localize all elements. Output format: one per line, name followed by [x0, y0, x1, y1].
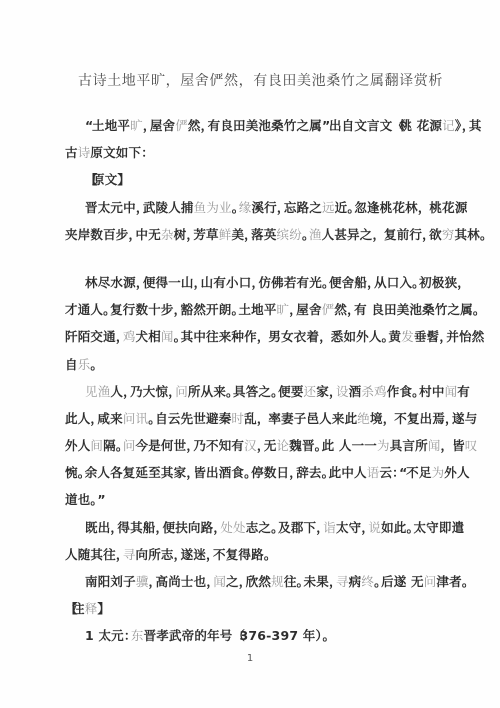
punctuation: 。 [116, 432, 123, 459]
text-segment: 问 [175, 384, 188, 399]
text-line: 此人，咸来问讯。自云先世避秦时乱， 率妻子邑人来此绝境， 不复出焉，遂与 [65, 405, 462, 432]
punctuation: ， [116, 541, 123, 568]
text-segment: 见渔 [85, 384, 110, 399]
punctuation: ， [289, 459, 296, 486]
punctuation: ， [174, 541, 181, 568]
punctuation: ， [418, 194, 425, 221]
text-segment: 阡陌交通， [65, 329, 123, 344]
text-segment: 溪行，忘路之 [251, 200, 322, 215]
text-segment: 间 [90, 438, 103, 453]
punctuation: ： [392, 459, 399, 486]
text-segment: 其林。 [455, 227, 487, 242]
text-line: 见渔人，乃大惊，问所从来。具答之。便要还家，设酒杀鸡作食。村中闻有 [65, 378, 462, 405]
punctuation: 。 [231, 296, 238, 323]
text-segment: 志之。及郡下， [246, 520, 324, 535]
text-segment: 闻 [213, 574, 226, 589]
text-segment: 自 [65, 357, 78, 372]
punctuation: 。 [297, 568, 304, 595]
text-segment: 家， [316, 384, 336, 399]
text-segment: 问 [424, 574, 437, 589]
punctuation: 。 [480, 221, 487, 248]
punctuation: ： [124, 622, 131, 649]
text-segment: 惋。余人各复延至其家，皆出酒食。停数日，辞去。此中人 [65, 465, 367, 480]
punctuation: ， [239, 568, 246, 595]
punctuation: 。 [322, 459, 329, 486]
text-segment: 叹 [465, 438, 478, 453]
text-segment: 时 [231, 411, 244, 426]
punctuation: 。 [226, 378, 233, 405]
text-line: 既出，得其船，便扶向路，处处志之。及郡下，诣太守，说如此。太守即遣 [65, 514, 462, 541]
text-line: 南阳刘子骥，高尚士也，闻之，欣然规往。未果，寻病终。后遂 无问津者。 [65, 568, 462, 595]
text-segment: 语 [367, 465, 380, 480]
text-segment: 乐 [78, 357, 91, 372]
text-segment: 往。未果， [284, 574, 336, 589]
text-segment: 既出，得其船，便扶向路， [85, 520, 220, 535]
text-segment: 南阳刘子 [85, 574, 136, 589]
punctuation: 【 [65, 595, 72, 622]
text-segment: 津者。 [436, 574, 468, 589]
text-line: “土地平旷，屋舍俨然，有良田美池桑竹之属”出自文言文《桃 花源记》，其 [65, 112, 462, 139]
punctuation: 。 [174, 323, 181, 350]
text-segment: 人随其往， [65, 547, 123, 562]
punctuation: ， [110, 514, 117, 541]
text-line: 人随其往，寻向所志，遂迷，不复得路。 [65, 541, 462, 568]
punctuation: ， [257, 323, 264, 350]
text-line: 道也。” [65, 486, 462, 513]
text-segment: 。 [302, 227, 309, 242]
text-segment: 寻 [123, 547, 136, 562]
text-segment: 云：“不足 [379, 465, 431, 480]
punctuation: ， [277, 194, 284, 221]
punctuation: ， [186, 221, 193, 248]
punctuation: ， [329, 378, 336, 405]
text-segment: 酒 [349, 384, 362, 399]
text-segment: 病 [349, 574, 362, 589]
text-segment: 然，有 良田美池桑竹之属。 [334, 302, 480, 317]
text-segment: 【原文】 [85, 172, 124, 187]
text-segment: 有 [457, 384, 470, 399]
text-segment: 》，其 [455, 118, 482, 133]
text-segment: 为 [432, 465, 445, 480]
punctuation: 。 [347, 194, 354, 221]
text-segment: 外人 [444, 465, 469, 480]
punctuation: ， [186, 432, 193, 459]
text-segment: 。 [232, 200, 239, 215]
text-segment: ，无 [257, 438, 277, 453]
punctuation: ， [174, 296, 181, 323]
text-segment: 规 [271, 574, 284, 589]
punctuation: ， [457, 269, 464, 296]
text-segment: “土地平 [85, 118, 130, 133]
text-segment: 之，欣然 [226, 574, 271, 589]
text-segment: 缘 [239, 200, 252, 215]
text-segment: 树，芳草 [174, 227, 219, 242]
punctuation: 。 [90, 486, 97, 513]
text-segment: 说 [368, 520, 381, 535]
punctuation: ， [422, 221, 429, 248]
punctuation: 》 [455, 112, 462, 139]
text-segment: 终 [361, 574, 374, 589]
text-segment: 俨 [322, 302, 335, 317]
text-segment: 夹岸数百步，中无 [65, 227, 161, 242]
text-segment: 处处 [220, 520, 245, 535]
punctuation: ， [206, 541, 213, 568]
punctuation: 】 [117, 166, 124, 193]
punctuation: ， [445, 405, 452, 432]
text-line: 古诗原文如下： [65, 139, 462, 166]
punctuation: 】 [97, 595, 104, 622]
punctuation: 。 [315, 432, 322, 459]
punctuation: ， [372, 221, 379, 248]
text-line: 外人间隔。问今是何世，乃不知有汉，无论魏晋。此 人一一为具言所闻， 皆叹 [65, 432, 462, 459]
document-body: “土地平旷，屋舍俨然，有良田美池桑竹之属”出自文言文《桃 花源记》，其古诗原文如… [65, 112, 462, 650]
text-segment: 美，落英 [231, 227, 276, 242]
text-segment: 鱼为业 [194, 200, 232, 215]
text-segment: ，屋舍 [289, 302, 321, 317]
text-segment: 作食。村中 [387, 384, 445, 399]
punctuation: 。 [264, 541, 271, 568]
punctuation: ， [462, 112, 469, 139]
punctuation: （ [232, 622, 239, 649]
text-line: 晋太元中，武陵人捕鱼为业。缘溪行，忘路之远近。忽逢桃花林， 桃花源 [65, 194, 462, 221]
punctuation: 。 [271, 514, 278, 541]
text-segment: 东 [131, 628, 144, 643]
text-segment: 如此。太守即遣 [381, 520, 464, 535]
punctuation: ） [316, 622, 323, 649]
punctuation: ， [441, 432, 448, 459]
text-segment: 诗 [78, 145, 91, 160]
text-line: 【注释】 [65, 595, 462, 622]
text-segment: 】 [97, 601, 104, 616]
text-segment: 原文如下： [90, 145, 148, 160]
text-segment: 杀鸡 [361, 384, 386, 399]
text-segment: ， 皆 [441, 438, 465, 453]
text-segment: 垂髫，并怡然 [414, 329, 485, 344]
text-segment: 向所志，遂迷，不复得路。 [136, 547, 271, 562]
text-segment: 。自云先世避秦 [148, 411, 231, 426]
punctuation: ， [186, 459, 193, 486]
punctuation: ， [347, 296, 354, 323]
punctuation: “ [85, 112, 92, 139]
punctuation: ， [367, 269, 374, 296]
text-segment: 缤纷 [277, 227, 302, 242]
text-segment: 隔。 [103, 438, 123, 453]
punctuation: 。 [323, 622, 330, 649]
text-segment: 今是何世，乃不知有 [136, 438, 245, 453]
punctuation: ， [156, 514, 163, 541]
punctuation: ： [141, 139, 148, 166]
punctuation: ， [289, 296, 296, 323]
text-segment: 。后遂 无 [374, 574, 424, 589]
punctuation: ” [97, 486, 104, 513]
punctuation: ， [136, 269, 143, 296]
punctuation: 。 [412, 378, 419, 405]
text-segment: 问讯 [123, 411, 148, 426]
punctuation: “ [399, 459, 406, 486]
text-segment: ，屋舍 [143, 118, 175, 133]
text-segment: 设 [336, 384, 349, 399]
text-segment: 杂 [161, 227, 174, 242]
punctuation: ， [257, 432, 264, 459]
punctuation: 【 [85, 166, 92, 193]
text-segment: 1 太元： [85, 628, 131, 643]
text-line: 惋。余人各复延至其家，皆出酒食。停数日，辞去。此中人语云：“不足为外人 [65, 459, 462, 486]
punctuation: ， [257, 405, 264, 432]
text-segment: 近。忽逢桃花林， 桃花源 [335, 200, 468, 215]
punctuation: ， [201, 112, 208, 139]
text-line: 【原文】 [65, 166, 462, 193]
text-segment: 发 [401, 329, 414, 344]
text-segment: 人甚异之， 复前行，欲 [322, 227, 442, 242]
punctuation: 。 [406, 514, 413, 541]
text-segment: 外人 [65, 438, 90, 453]
punctuation: 。 [302, 221, 309, 248]
punctuation: 。 [103, 296, 110, 323]
text-segment: 。其中往来种作， 男女衣着， 悉如外人。黄 [174, 329, 402, 344]
text-segment: 穷 [442, 227, 455, 242]
text-segment: 为 [377, 438, 390, 453]
text-segment: 旷 [277, 302, 290, 317]
punctuation: ” [322, 112, 329, 139]
punctuation: 。 [322, 269, 329, 296]
text-segment: 旷 [130, 118, 143, 133]
page-title: 古诗土地平旷，屋舍俨然，有良田美池桑竹之属翻译赏析 [78, 70, 443, 93]
punctuation: 。 [271, 378, 278, 405]
punctuation: 。 [382, 323, 389, 350]
punctuation: ， [149, 568, 156, 595]
text-segment: 诣 [323, 520, 336, 535]
punctuation: 。 [462, 568, 469, 595]
text-segment: 所从来。具答之。便要 [188, 384, 304, 399]
text-segment: 犬相 [136, 329, 161, 344]
text-line: 才通人。复行数十步，豁然开朗。土地平旷，屋舍俨然，有 良田美池桑竹之属。 [65, 296, 462, 323]
text-segment: 然，有良田美池桑竹之属”出自文言文《桃 花源 [188, 118, 442, 133]
punctuation: 《 [392, 112, 399, 139]
text-segment: 寻 [336, 574, 349, 589]
text-segment: 闻 [161, 329, 174, 344]
page-number: 1 [0, 652, 500, 666]
punctuation: ， [123, 378, 130, 405]
punctuation: ， [136, 194, 143, 221]
text-segment: 太守， [336, 520, 368, 535]
punctuation: 。 [473, 296, 480, 323]
text-segment: 俨 [175, 118, 188, 133]
text-segment: 才通人。复行数十步，豁然开朗。土地平 [65, 302, 277, 317]
text-segment: 鲜 [219, 227, 232, 242]
text-segment: 境， 不复出焉，遂与 [370, 411, 477, 426]
text-segment: 鸡 [123, 329, 136, 344]
text-segment: 问 [123, 438, 136, 453]
text-segment: 此人，咸来 [65, 411, 123, 426]
text-segment: 论 [277, 438, 290, 453]
text-segment: 具言所 [390, 438, 428, 453]
text-segment: 乱， 率妻子邑人来此 [244, 411, 357, 426]
text-segment: 绝 [357, 411, 370, 426]
text-segment: 远 [322, 200, 335, 215]
punctuation: ， [319, 323, 326, 350]
text-segment: 还 [304, 384, 317, 399]
document-page: 古诗土地平旷，屋舍俨然，有良田美池桑竹之属翻译赏析 “土地平旷，屋舍俨然，有良田… [0, 0, 500, 708]
punctuation: 。 [78, 459, 85, 486]
punctuation: ， [251, 269, 258, 296]
punctuation: 。 [412, 269, 419, 296]
text-segment: 释 [85, 601, 98, 616]
text-segment: 人，乃大惊， [110, 384, 175, 399]
text-segment: 林尽水源，便得一山，山有小口，仿佛若有光。便舍船，从口入。初极狭， [85, 275, 464, 290]
punctuation: ， [194, 269, 201, 296]
text-segment: 古 [65, 145, 78, 160]
text-segment: 汉 [244, 438, 257, 453]
punctuation: ， [244, 221, 251, 248]
text-segment: 闻 [445, 384, 458, 399]
punctuation: 。 [244, 459, 251, 486]
punctuation: ， [439, 323, 446, 350]
punctuation: ， [129, 221, 136, 248]
punctuation: ， [143, 112, 150, 139]
text-segment: ，高尚士也， [149, 574, 214, 589]
text-segment: 魏晋。此 人一一 [289, 438, 377, 453]
punctuation: 。 [148, 405, 155, 432]
text-segment: 【注 [65, 601, 85, 616]
text-line: 1 太元：东晋孝武帝的年号（376-397 年）。 [65, 622, 462, 649]
text-segment: 闻 [428, 438, 441, 453]
text-line: 自乐。 [65, 351, 462, 378]
punctuation: 。 [374, 568, 381, 595]
punctuation: ， [90, 405, 97, 432]
text-segment: 记 [442, 118, 455, 133]
text-segment: 。 [90, 357, 97, 372]
text-segment: 道也。” [65, 492, 104, 507]
punctuation: ， [116, 323, 123, 350]
punctuation: 。 [232, 194, 239, 221]
text-line: 林尽水源，便得一山，山有小口，仿佛若有光。便舍船，从口入。初极狭， [65, 269, 462, 296]
text-segment: 晋太元中，武陵人捕 [85, 200, 194, 215]
text-line: 阡陌交通，鸡犬相闻。其中往来种作， 男女衣着， 悉如外人。黄发垂髫，并怡然 [65, 323, 462, 350]
text-segment: 晋孝武帝的年号（376-397 年）。 [144, 628, 330, 643]
punctuation: 。 [90, 351, 97, 378]
text-line: 夹岸数百步，中无杂树，芳草鲜美，落英缤纷。渔人甚异之， 复前行，欲穷其林。 [65, 221, 462, 248]
punctuation: ， [329, 568, 336, 595]
text-segment: 骥 [136, 574, 149, 589]
text-segment: 渔 [309, 227, 322, 242]
punctuation: ， [383, 405, 390, 432]
